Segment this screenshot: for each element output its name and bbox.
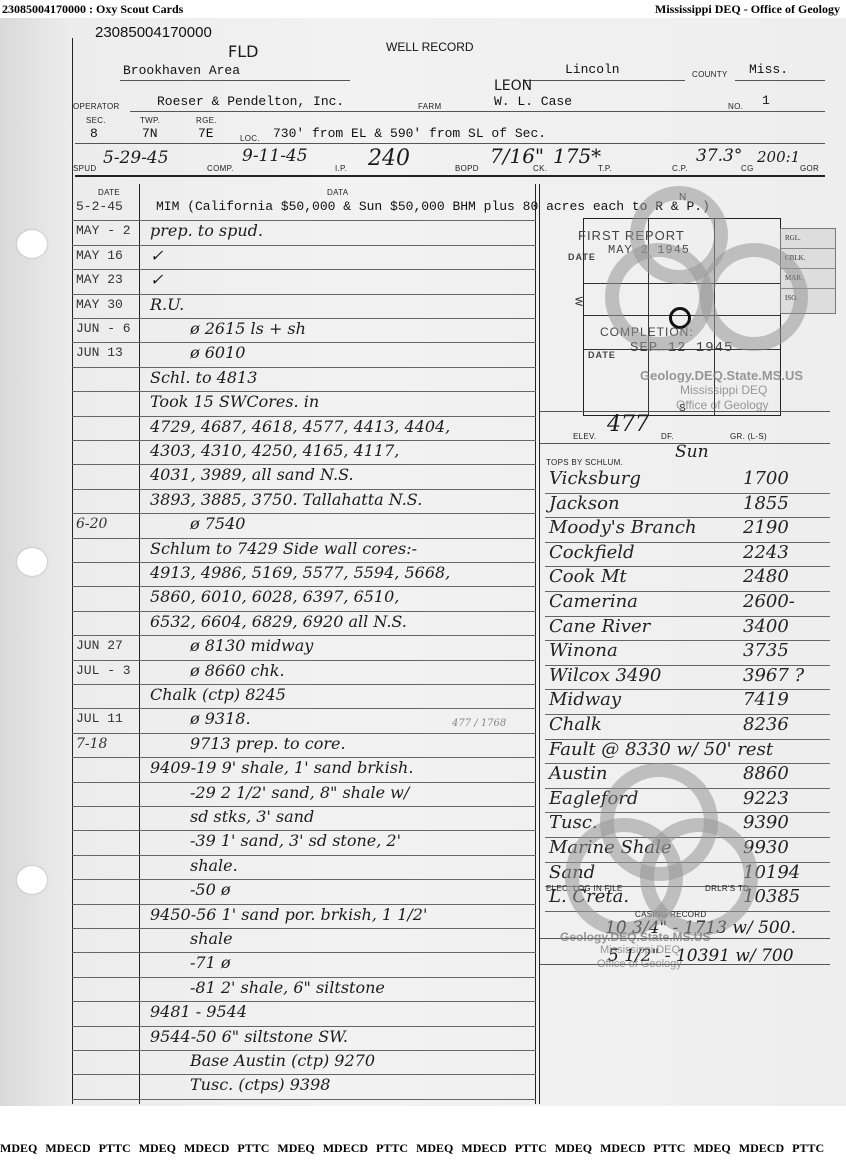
formation-name: Fault @ 8330 w/ 50' rest <box>549 739 773 760</box>
log-row: MAY - 2prep. to spud. <box>72 220 536 245</box>
formation-name: Camerina <box>549 591 638 612</box>
log-date: JUL - 3 <box>76 663 131 678</box>
log-row: 9544-50 6" siltstone SW. <box>72 1026 536 1051</box>
footer-tag: PTTC <box>653 1141 685 1156</box>
well-record-card: 23085004170000 WELL RECORD FLD Brookhave… <box>0 18 846 1106</box>
log-date: MAY 30 <box>76 297 123 312</box>
cg-label: CG <box>741 164 754 173</box>
formation-name: Jackson <box>549 493 620 514</box>
formation-name: Austin <box>549 763 607 784</box>
footer-tag: PTTC <box>237 1141 269 1156</box>
log-row: -39 1' sand, 3' sd stone, 2' <box>72 830 536 855</box>
log-entry: ø 7540 <box>190 514 245 533</box>
log-row: -50 ø <box>72 879 536 904</box>
formation-top-row: Fault @ 8330 w/ 50' rest <box>545 739 830 765</box>
spud-value: 5-29-45 <box>103 148 169 168</box>
log-row: MAY 30R.U. <box>72 294 536 319</box>
data-column-divider-2 <box>539 184 540 1104</box>
form-title: WELL RECORD <box>386 40 474 54</box>
county-value: Lincoln <box>565 62 620 77</box>
rule <box>75 143 825 144</box>
footer-tag: MDEQ <box>0 1141 37 1156</box>
operator-value: Roeser & Pendelton, Inc. <box>157 94 344 109</box>
log-row: MAY 16✓ <box>72 245 536 270</box>
log-date: 5-2-45 <box>76 199 123 214</box>
log-row: Took 15 SWCores. in <box>72 391 536 416</box>
log-row: 6532, 6604, 6829, 6920 all N.S. <box>72 611 536 636</box>
punch-hole-top <box>17 230 47 258</box>
log-entry: 4913, 4986, 5169, 5577, 5594, 5668, <box>150 563 450 582</box>
formation-name: Wilcox 3490 <box>549 665 661 686</box>
log-entry: prep. to spud. <box>150 221 263 240</box>
log-entry: -81 2' shale, 6" siltstone <box>190 978 385 997</box>
df-label: DF. <box>661 432 674 441</box>
log-entry: ø 9318. <box>190 709 251 728</box>
formation-top-row: Winona3735 <box>545 640 830 666</box>
watermark-url: Geology.DEQ.State.MS.US <box>640 368 803 383</box>
log-entry: -29 2 1/2' sand, 8" shale w/ <box>190 783 409 802</box>
formation-depth: 8860 <box>743 763 789 784</box>
viewer-header: 23085004170000 : Oxy Scout Cards Mississ… <box>0 0 846 18</box>
log-entry: Chalk (ctp) 8245 <box>150 685 286 704</box>
log-row: JUN 13ø 6010 <box>72 342 536 367</box>
rule <box>75 175 825 177</box>
log-row: 6-20ø 7540 <box>72 513 536 538</box>
log-row: 3893, 3885, 3750. Tallahatta N.S. <box>72 489 536 514</box>
tp-label: T.P. <box>598 164 612 173</box>
ip-value: 240 <box>368 146 410 171</box>
footer-tag: MDECD <box>739 1141 784 1156</box>
watermark-office-2: Office of Geology <box>597 958 682 970</box>
twp-value: 7N <box>142 126 158 141</box>
log-entry: 4303, 4310, 4250, 4165, 4117, <box>150 441 399 460</box>
log-entry: 9409-19 9' shale, 1' sand brkish. <box>150 758 413 777</box>
plat-west: W <box>572 297 583 307</box>
log-entry: MIM (California $50,000 & Sun $50,000 BH… <box>156 199 710 214</box>
farm-value: W. L. Case <box>494 94 572 109</box>
log-row: Base Austin (ctp) 9270 <box>72 1050 536 1075</box>
log-row: 5860, 6010, 6028, 6397, 6510, <box>72 586 536 611</box>
log-entry: 9450-56 1' sand por. brkish, 1 1/2' <box>150 905 427 924</box>
formation-name: Cook Mt <box>549 566 627 587</box>
log-entry: 6532, 6604, 6829, 6920 all N.S. <box>150 612 407 631</box>
comp-label: COMP. <box>207 164 234 173</box>
formation-name: Moody's Branch <box>549 517 697 538</box>
footer-tag: MDEQ <box>693 1141 730 1156</box>
footer-tag: MDEQ <box>139 1141 176 1156</box>
rule <box>120 80 350 81</box>
twp-label: TWP. <box>140 116 160 125</box>
watermark-logo <box>700 243 808 351</box>
footer-tag: PTTC <box>792 1141 824 1156</box>
log-row: JUL - 3ø 8660 chk. <box>72 660 536 685</box>
formation-name: Winona <box>549 640 618 661</box>
log-entry: Base Austin (ctp) 9270 <box>190 1051 375 1070</box>
formation-depth: 3735 <box>743 640 789 661</box>
log-row: -29 2 1/2' sand, 8" shale w/ <box>72 782 536 807</box>
formation-depth: 8236 <box>743 714 789 735</box>
rule <box>130 111 825 112</box>
rge-label: RGE. <box>196 116 217 125</box>
log-row: Tusc. (ctps) 9398 <box>72 1074 536 1099</box>
formation-depth: 9223 <box>743 788 789 809</box>
log-entry: 3893, 3885, 3750. Tallahatta N.S. <box>150 490 422 509</box>
routing-rgl: RGL. <box>781 229 835 249</box>
log-date: 6-20 <box>76 516 107 532</box>
document-id-title: 23085004170000 : Oxy Scout Cards <box>2 2 183 17</box>
footer-tag: MDECD <box>461 1141 506 1156</box>
ck-value: 175* <box>553 144 601 168</box>
formation-depth: 3967 ? <box>743 665 804 686</box>
log-row: 4729, 4687, 4618, 4577, 4413, 4404, <box>72 416 536 441</box>
footer-tag: MDECD <box>323 1141 368 1156</box>
api-number: 23085004170000 <box>95 24 212 41</box>
formation-top-row: Midway7419 <box>545 689 830 715</box>
log-date: MAY 16 <box>76 248 123 263</box>
gor-value: 200:1 <box>757 148 800 166</box>
watermark-logo <box>600 763 718 881</box>
watermark-logo <box>605 243 713 351</box>
log-entry: shale <box>190 929 233 948</box>
viewer-footer: MDEQMDECDPTTCMDEQMDECDPTTCMDEQMDECDPTTCM… <box>0 1141 846 1159</box>
margin-note: 477 / 1768 <box>452 718 506 729</box>
log-row: Schl. to 4813 <box>72 367 536 392</box>
bopd-label: BOPD <box>455 164 479 173</box>
formation-top-row: Vicksburg1700 <box>545 468 830 494</box>
log-row: JUN 27ø 8130 midway <box>72 635 536 660</box>
log-entry: sd stks, 3' sand <box>190 807 314 826</box>
log-entry: ✓ <box>150 246 163 265</box>
ck-label: CK. <box>533 164 547 173</box>
footer-tag: MDECD <box>45 1141 90 1156</box>
formation-depth: 7419 <box>743 689 789 710</box>
footer-tag: MDEQ <box>277 1141 314 1156</box>
log-entry: -39 1' sand, 3' sd stone, 2' <box>190 831 401 850</box>
well-no-value: 1 <box>762 93 770 108</box>
field-name: Brookhaven Area <box>123 63 240 78</box>
county-label: COUNTY <box>692 70 728 79</box>
log-entry: -71 ø <box>190 953 230 972</box>
sec-value: 8 <box>90 126 98 141</box>
rule <box>735 80 825 81</box>
log-entry: ø 8660 chk. <box>190 661 285 680</box>
log-row: 9481 - 9544 <box>72 1001 536 1026</box>
farm-label: FARM <box>418 102 441 111</box>
formation-depth: 2190 <box>743 517 789 538</box>
formation-name: Chalk <box>549 714 602 735</box>
gor-label: GOR <box>800 164 819 173</box>
elev-value: 477 <box>607 412 649 437</box>
formation-top-row: Cockfield2243 <box>545 542 830 568</box>
footer-tag: PTTC <box>515 1141 547 1156</box>
log-entry: 4031, 3989, all sand N.S. <box>150 465 354 484</box>
state-value: Miss. <box>749 62 788 77</box>
elev-label: ELEV. <box>573 432 596 441</box>
log-row: 7-189713 prep. to core. <box>72 733 536 758</box>
footer-tag: PTTC <box>376 1141 408 1156</box>
formation-depth: 2480 <box>743 566 789 587</box>
log-entry: Tusc. (ctps) 9398 <box>190 1075 330 1094</box>
formation-top-row: Chalk8236 <box>545 714 830 740</box>
cp-value: 37.3° <box>696 146 742 166</box>
log-entry: ø 6010 <box>190 343 245 362</box>
watermark-agency: Mississippi DEQ <box>680 383 767 397</box>
formation-top-row: Cane River3400 <box>545 616 830 642</box>
formation-top-row: Jackson1855 <box>545 493 830 519</box>
spud-label: SPUD <box>73 164 96 173</box>
log-entry: -50 ø <box>190 880 230 899</box>
footer-tag: MDEQ <box>416 1141 453 1156</box>
log-entry: 5860, 6010, 6028, 6397, 6510, <box>150 587 399 606</box>
log-row: 4031, 3989, all sand N.S. <box>72 464 536 489</box>
log-row: 5-2-45MIM (California $50,000 & Sun $50,… <box>72 196 536 221</box>
log-entry: 9713 prep. to core. <box>190 734 346 753</box>
watermark-office: Office of Geology <box>676 398 769 412</box>
rule <box>540 964 830 965</box>
footer-tag: MDECD <box>184 1141 229 1156</box>
formation-depth: 2600- <box>743 591 795 612</box>
log-row: -81 2' shale, 6" siltstone <box>72 977 536 1002</box>
agency-title: Mississippi DEQ - Office of Geology <box>655 2 840 17</box>
log-row: 9409-19 9' shale, 1' sand brkish. <box>72 757 536 782</box>
log-date: JUN - 6 <box>76 321 131 336</box>
log-entry: ø 2615 ls + sh <box>190 319 306 338</box>
log-entry: ø 8130 midway <box>190 636 313 655</box>
log-entry: 4729, 4687, 4618, 4577, 4413, 4404, <box>150 417 450 436</box>
formation-depth: 9390 <box>743 812 789 833</box>
watermark-agency-2: Mississippi DEQ <box>600 944 680 956</box>
formation-name: Cockfield <box>549 542 635 563</box>
operator-label: OPERATOR <box>73 102 120 111</box>
log-entry: R.U. <box>150 295 184 314</box>
cp-label: C.P. <box>672 164 688 173</box>
log-date: JUL 11 <box>76 711 123 726</box>
first-report-date-label: DATE <box>568 252 596 262</box>
log-row: 9450-56 1' sand por. brkish, 1 1/2' <box>72 904 536 929</box>
location-value: 730' from EL & 590' from SL of Sec. <box>273 126 546 141</box>
formation-depth: 1700 <box>743 468 789 489</box>
log-date: JUN 13 <box>76 345 123 360</box>
field-handwritten: FLD <box>228 42 258 61</box>
tops-label: TOPS BY SCHLUM. <box>546 458 623 467</box>
formation-depth: 3400 <box>743 616 789 637</box>
log-entry: Took 15 SWCores. in <box>150 392 319 411</box>
log-entry: 9481 - 9544 <box>150 1002 247 1021</box>
completion-date-label: DATE <box>588 350 616 360</box>
log-date: MAY 23 <box>76 272 123 287</box>
log-entry: 9544-50 6" siltstone SW. <box>150 1027 348 1046</box>
footer-tag: PTTC <box>99 1141 131 1156</box>
formation-top-row: Moody's Branch2190 <box>545 517 830 543</box>
watermark-url-2: Geology.DEQ.State.MS.US <box>560 930 710 944</box>
loc-label: LOC. <box>240 134 260 143</box>
formation-name: Midway <box>549 689 621 710</box>
formation-top-row: Camerina2600- <box>545 591 830 617</box>
log-row: JUN - 6ø 2615 ls + sh <box>72 318 536 343</box>
log-row: Schlum to 7429 Side wall cores:- <box>72 538 536 563</box>
formation-name: Vicksburg <box>549 468 641 489</box>
sec-label: SEC. <box>86 116 106 125</box>
formation-depth: 1855 <box>743 493 789 514</box>
log-row: 4303, 4310, 4250, 4165, 4117, <box>72 440 536 465</box>
formation-top-row: Wilcox 34903967 ? <box>545 665 830 691</box>
log-row: sd stks, 3' sand <box>72 806 536 831</box>
rule <box>540 411 830 412</box>
tops-by-value: Sun <box>675 442 709 462</box>
log-row: shale. <box>72 855 536 880</box>
log-row: Chalk (ctp) 8245 <box>72 684 536 709</box>
farm-handwritten: LEON <box>494 78 532 94</box>
comp-value: 9-11-45 <box>242 146 308 166</box>
log-entry: Schl. to 4813 <box>150 368 257 387</box>
gr-label: GR. (L-S) <box>730 432 767 441</box>
log-entry: Schlum to 7429 Side wall cores:- <box>150 539 417 558</box>
well-no-label: NO. <box>728 102 743 111</box>
log-entry: shale. <box>190 856 238 875</box>
footer-tag: MDECD <box>600 1141 645 1156</box>
formation-name: Cane River <box>549 616 650 637</box>
punch-hole-mid <box>17 548 47 576</box>
rule <box>525 80 685 81</box>
log-row: MAY 23✓ <box>72 269 536 294</box>
punch-hole-bottom <box>17 866 47 894</box>
ip-label: I.P. <box>335 164 347 173</box>
log-date: MAY - 2 <box>76 223 131 238</box>
formation-top-row: Cook Mt2480 <box>545 566 830 592</box>
footer-tag: MDEQ <box>555 1141 592 1156</box>
log-row: shale <box>72 928 536 953</box>
log-row: 4913, 4986, 5169, 5577, 5594, 5668, <box>72 562 536 587</box>
log-date: JUN 27 <box>76 638 123 653</box>
log-row: -71 ø <box>72 952 536 977</box>
log-date: 7-18 <box>76 736 107 752</box>
formation-depth: 2243 <box>743 542 789 563</box>
log-entry: ✓ <box>150 270 163 289</box>
rge-value: 7E <box>198 126 214 141</box>
